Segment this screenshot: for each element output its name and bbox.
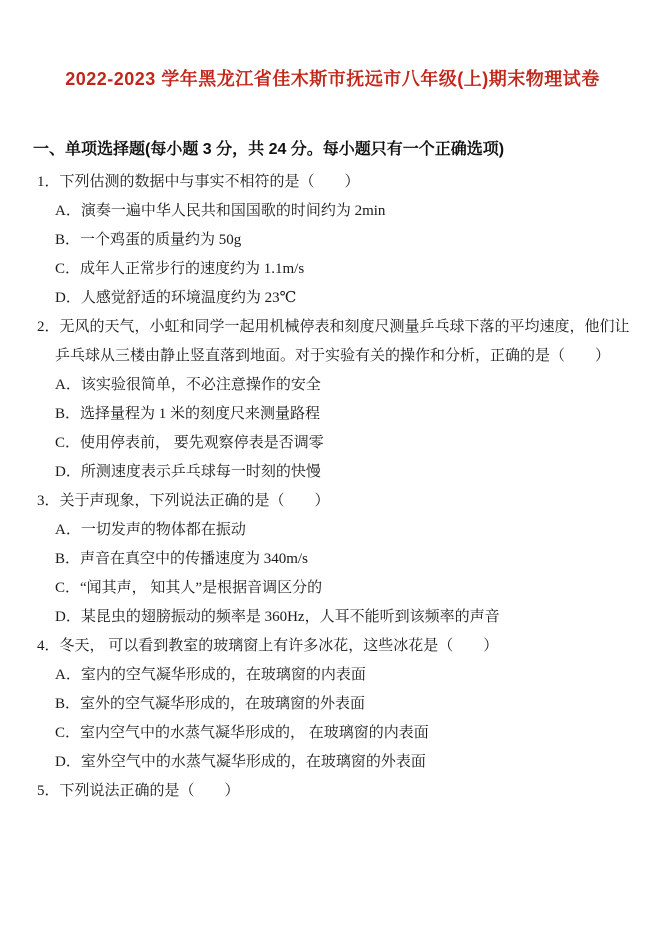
question-number: 4． — [37, 638, 60, 654]
question-1-option-c: C．成年人正常步行的速度约为 1.1m/s — [37, 255, 636, 284]
question-5-stem: 5．下列说法正确的是（ ） — [37, 777, 636, 806]
option-text: 声音在真空中的传播速度为 340m/s — [80, 551, 308, 567]
option-text: 室内的空气凝华形成的，在玻璃窗的内表面 — [81, 667, 366, 683]
question-number: 2． — [37, 319, 60, 335]
option-label: C． — [55, 435, 80, 451]
question-3-option-a: A．一切发声的物体都在振动 — [37, 516, 636, 545]
option-label: C． — [55, 261, 80, 277]
option-label: B． — [55, 551, 80, 567]
exam-paper-page: 2022-2023 学年黑龙江省佳木斯市抚远市八年级(上)期末物理试卷 一、单项… — [0, 0, 661, 936]
question-2-option-d: D．所测速度表示乒乓球每一时刻的快慢 — [37, 458, 636, 487]
question-3: 3．关于声现象，下列说法正确的是（ ） A．一切发声的物体都在振动 B．声音在真… — [37, 487, 636, 632]
question-2: 2．无风的天气，小虹和同学一起用机械停表和刻度尺测量乒乓球下落的平均速度，他们让… — [37, 313, 636, 487]
question-text: 冬天， 可以看到教室的玻璃窗上有许多冰花，这些冰花是（ ） — [60, 638, 499, 654]
option-text: 人感觉舒适的环境温度约为 23℃ — [81, 290, 297, 306]
option-text: 使用停表前， 要先观察停表是否调零 — [80, 435, 324, 451]
option-text: 某昆虫的翅膀振动的频率是 360Hz，人耳不能听到该频率的声音 — [81, 609, 500, 625]
question-text: 下列估测的数据中与事实不相符的是（ ） — [60, 174, 360, 190]
option-label: B． — [55, 406, 80, 422]
option-text: 一个鸡蛋的质量约为 50g — [80, 232, 241, 248]
option-label: A． — [55, 377, 81, 393]
option-label: D． — [55, 609, 81, 625]
question-5: 5．下列说法正确的是（ ） — [37, 777, 636, 806]
question-text: 关于声现象，下列说法正确的是（ ） — [60, 493, 330, 509]
question-4-option-a: A．室内的空气凝华形成的，在玻璃窗的内表面 — [37, 661, 636, 690]
option-text: 所测速度表示乒乓球每一时刻的快慢 — [81, 464, 321, 480]
page-title: 2022-2023 学年黑龙江省佳木斯市抚远市八年级(上)期末物理试卷 — [29, 65, 636, 94]
question-number: 3． — [37, 493, 60, 509]
question-1-option-b: B．一个鸡蛋的质量约为 50g — [37, 226, 636, 255]
option-label: C． — [55, 580, 80, 596]
option-label: C． — [55, 725, 80, 741]
section-heading: 一、单项选择题(每小题 3 分，共 24 分。每小题只有一个正确选项) — [33, 135, 636, 164]
option-label: A． — [55, 203, 81, 219]
option-label: B． — [55, 696, 80, 712]
question-number: 5． — [37, 783, 60, 799]
question-3-option-b: B．声音在真空中的传播速度为 340m/s — [37, 545, 636, 574]
option-label: D． — [55, 754, 81, 770]
question-2-option-b: B．选择量程为 1 米的刻度尺来测量路程 — [37, 400, 636, 429]
option-text: 演奏一遍中华人民共和国国歌的时间约为 2min — [81, 203, 386, 219]
question-1-option-a: A．演奏一遍中华人民共和国国歌的时间约为 2min — [37, 197, 636, 226]
question-1: 1．下列估测的数据中与事实不相符的是（ ） A．演奏一遍中华人民共和国国歌的时间… — [37, 168, 636, 313]
option-text: 室外空气中的水蒸气凝华形成的，在玻璃窗的外表面 — [81, 754, 426, 770]
option-label: D． — [55, 290, 81, 306]
question-3-option-d: D．某昆虫的翅膀振动的频率是 360Hz，人耳不能听到该频率的声音 — [37, 603, 636, 632]
question-text: 无风的天气，小虹和同学一起用机械停表和刻度尺测量乒乓球下落的平均速度，他们让乒乓… — [55, 319, 630, 364]
question-1-option-d: D．人感觉舒适的环境温度约为 23℃ — [37, 284, 636, 313]
question-2-option-c: C．使用停表前， 要先观察停表是否调零 — [37, 429, 636, 458]
option-text: 选择量程为 1 米的刻度尺来测量路程 — [80, 406, 320, 422]
question-2-stem: 2．无风的天气，小虹和同学一起用机械停表和刻度尺测量乒乓球下落的平均速度，他们让… — [37, 313, 636, 371]
question-1-stem: 1．下列估测的数据中与事实不相符的是（ ） — [37, 168, 636, 197]
question-text: 下列说法正确的是（ ） — [60, 783, 240, 799]
option-label: D． — [55, 464, 81, 480]
question-3-stem: 3．关于声现象，下列说法正确的是（ ） — [37, 487, 636, 516]
question-4-option-c: C．室内空气中的水蒸气凝华形成的， 在玻璃窗的内表面 — [37, 719, 636, 748]
option-label: A． — [55, 522, 81, 538]
option-text: 成年人正常步行的速度约为 1.1m/s — [80, 261, 304, 277]
question-4: 4．冬天， 可以看到教室的玻璃窗上有许多冰花，这些冰花是（ ） A．室内的空气凝… — [37, 632, 636, 777]
option-text: 该实验很简单，不必注意操作的安全 — [81, 377, 321, 393]
option-label: B． — [55, 232, 80, 248]
question-2-option-a: A．该实验很简单，不必注意操作的安全 — [37, 371, 636, 400]
option-label: A． — [55, 667, 81, 683]
question-4-option-d: D．室外空气中的水蒸气凝华形成的，在玻璃窗的外表面 — [37, 748, 636, 777]
option-text: 室外的空气凝华形成的，在玻璃窗的外表面 — [80, 696, 365, 712]
option-text: 一切发声的物体都在振动 — [81, 522, 246, 538]
question-4-option-b: B．室外的空气凝华形成的，在玻璃窗的外表面 — [37, 690, 636, 719]
question-3-option-c: C．“闻其声， 知其人”是根据音调区分的 — [37, 574, 636, 603]
option-text: “闻其声， 知其人”是根据音调区分的 — [80, 580, 322, 596]
question-number: 1． — [37, 174, 60, 190]
option-text: 室内空气中的水蒸气凝华形成的， 在玻璃窗的内表面 — [80, 725, 429, 741]
question-4-stem: 4．冬天， 可以看到教室的玻璃窗上有许多冰花，这些冰花是（ ） — [37, 632, 636, 661]
